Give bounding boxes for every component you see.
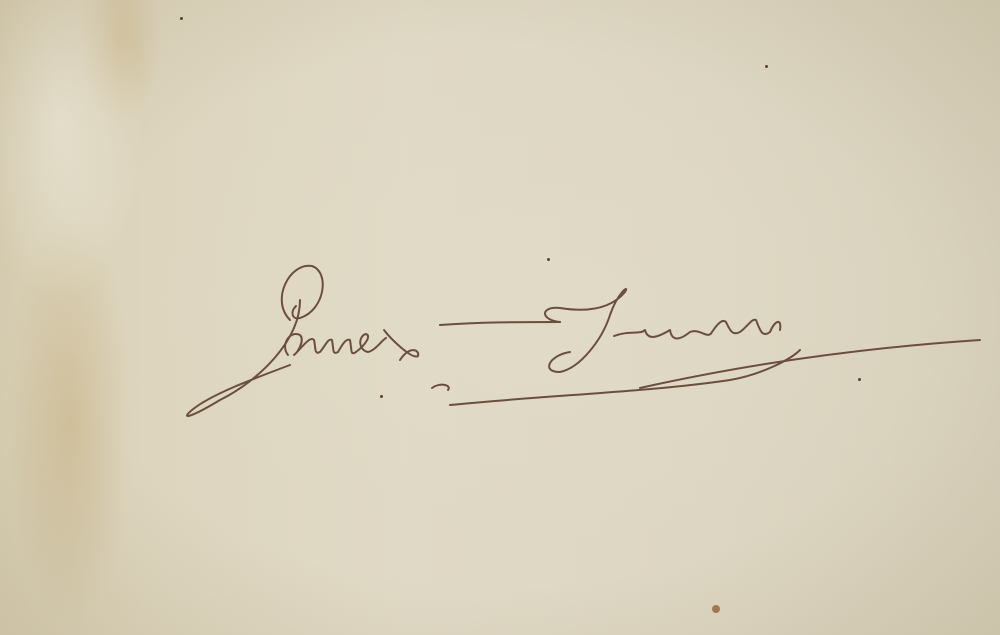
handwritten-signature (0, 0, 1000, 635)
aged-paper: Jaunet Demarchy (0, 0, 1000, 635)
